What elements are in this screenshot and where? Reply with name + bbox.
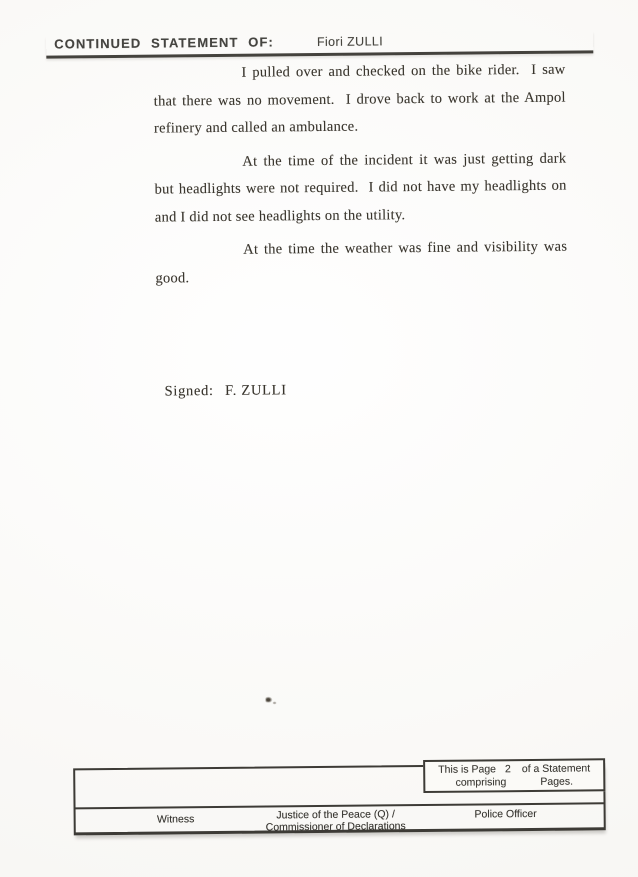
statement-paragraph: I pulled over and checked on the bike ri… [153,57,566,143]
page-number-line2: comprising Pages. [425,775,603,790]
page-box-prefix: This is Page [438,763,496,777]
document-page: CONTINUED STATEMENT OF: Fiori ZULLI I pu… [0,0,638,877]
page-number-value: 2 [505,763,511,776]
justice-of-peace-label-line2: Commissioner of Declarations [236,820,436,834]
statement-paragraph: At the time of the incident it was just … [154,145,567,231]
page-box-suffix: of a Statement [522,762,590,776]
statement-body: I pulled over and checked on the bike ri… [153,57,567,299]
scan-speck [273,701,277,704]
statement-header: CONTINUED STATEMENT OF: Fiori ZULLI [46,31,593,58]
page-number-box: This is Page 2 of a Statement comprising… [423,758,605,793]
signed-line: Signed: F. ZULLI [164,382,286,400]
scan-tilt-wrapper: CONTINUED STATEMENT OF: Fiori ZULLI I pu… [0,0,638,877]
statement-paragraph: At the time the weather was fine and vis… [155,234,568,293]
signed-label: Signed: [164,383,213,399]
statement-person-name: Fiori ZULLI [317,34,383,49]
signature-footer-box: This is Page 2 of a Statement comprising… [73,763,606,835]
pages-label: Pages. [540,776,573,789]
signed-name: F. ZULLI [225,382,287,399]
police-officer-label: Police Officer [406,807,606,821]
signatory-labels-row: Witness Justice of the Peace (Q) / Commi… [76,804,604,832]
page-number-line1: This is Page 2 of a Statement [425,762,603,777]
comprising-label: comprising [456,776,507,789]
scan-speck [265,696,272,702]
continued-statement-label: CONTINUED STATEMENT OF: [54,34,274,51]
